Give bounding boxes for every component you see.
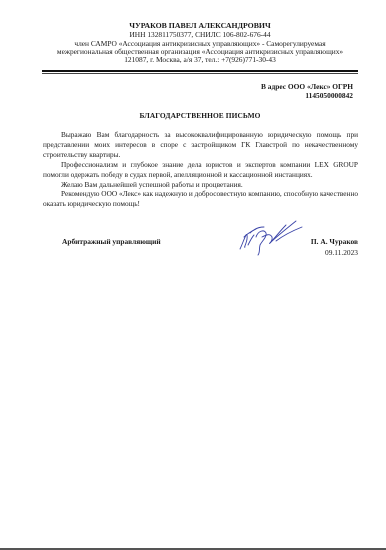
letter-title: БЛАГОДАРСТВЕННОЕ ПИСЬМО — [40, 111, 360, 120]
letterhead-divider — [42, 70, 358, 72]
recipient-line1: В адрес ООО «Лекс» ОГРН — [193, 82, 353, 91]
sender-address: 121087, г. Москва, а/я 37, тел.: +7(926)… — [40, 56, 360, 64]
handwritten-signature-icon — [236, 215, 306, 257]
body-paragraph: Профессионализм и глубокое знание дела ю… — [43, 160, 358, 180]
body-paragraph: Рекомендую ООО «Лекс» как надежную и доб… — [43, 189, 358, 209]
body-paragraph: Желаю Вам дальнейшей успешной работы и п… — [43, 180, 358, 190]
letter-body: Выражаю Вам благодарность за высококвали… — [43, 130, 358, 209]
letterhead-divider-thin — [42, 73, 358, 74]
signature-block: Арбитражный управляющий П. А. Чураков 09… — [0, 233, 386, 273]
signer-role: Арбитражный управляющий — [62, 237, 161, 246]
body-paragraph: Выражаю Вам благодарность за высококвали… — [43, 130, 358, 160]
signer-name: П. А. Чураков — [311, 237, 358, 246]
letter-page: ЧУРАКОВ ПАВЕЛ АЛЕКСАНДРОВИЧ ИНН 13281175… — [0, 0, 386, 548]
signature-date: 09.11.2023 — [325, 248, 358, 257]
recipient-line2: 1145050000842 — [193, 91, 353, 100]
